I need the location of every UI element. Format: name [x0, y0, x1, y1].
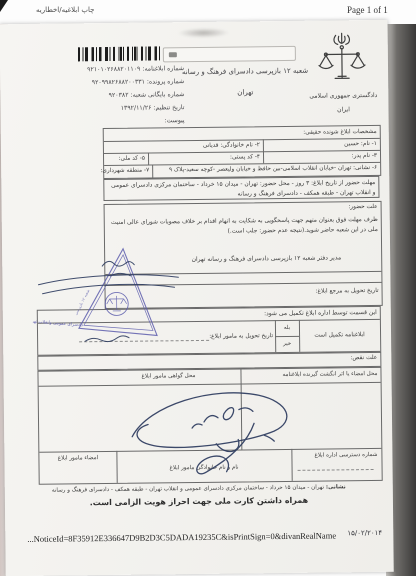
page-number: Page 1 of 1 — [347, 5, 388, 15]
scanned-document: شماره ابلاغنامه:۹۲۱۰۱۰۲۶۸۸۲۰۱۱۰۹ شماره پ… — [0, 20, 394, 576]
clerk-title: مدیر دفتر شعبه ۱۲ بازپرسی دادسرای فرهنگ … — [192, 254, 342, 263]
triangular-stamp: دادسرای عمومی وانقلاب تهران شعبه ۱۲ بازپ… — [32, 237, 183, 354]
deficiency-label: علت نقص: — [350, 355, 377, 361]
letterhead-numbers: شماره ابلاغنامه:۹۲۱۰۱۰۲۶۸۸۲۰۱۱۰۹ شماره پ… — [64, 62, 185, 128]
branch-city: تهران — [180, 88, 310, 97]
delivery-to-officer-label: تاریخ تحویل به مامور ابلاغ: — [209, 333, 273, 340]
recipient-postal-code: ۴- کد پستی: — [230, 154, 260, 160]
service-section-title: این قسمت توسط اداره ابلاغ تکمیل می شود: — [264, 308, 377, 316]
notice-url: ...NoticeId=8F35912E336647D9B2D3C5DADA19… — [27, 530, 336, 544]
footer-address-label: نشانی: — [326, 484, 346, 490]
recipient-father-name: ۳- نام پدر: — [352, 152, 377, 158]
footer-address-text: تهران - میدان ۱۵ خرداد - ساختمان مرکزی د… — [52, 485, 324, 494]
print-preview-page: چاپ ابلاغیه/اخطاریه Page 1 of 1 شماره اب… — [0, 0, 416, 576]
recipient-signature-label: محل امضاء یا اثر انگشت گیرنده ابلاغنامه — [282, 371, 377, 378]
judiciary-country: ایران — [300, 106, 386, 114]
recipient-address: ۶- نشانی: تهران -خیابان انقلاب اسلامی-بی… — [169, 165, 377, 173]
pen-scribbles — [38, 261, 179, 343]
reason-title: علت حضور: — [348, 204, 377, 210]
no-cell: خیر — [275, 336, 299, 352]
appearance-deadline: مهلت حضور از تاریخ ابلاغ: ۳ روز - محل حض… — [103, 176, 379, 201]
recipient-family-name: ۲- نام خانوادگی: قدیانی — [203, 142, 260, 149]
print-date: ۱۵/۰۲/۲۰۱۴ — [347, 529, 382, 537]
recipient-national-id: ۵- کد ملی: — [118, 155, 145, 161]
officer-certificate-label: محل گواهی مامور ابلاغ — [141, 373, 195, 380]
notice-complete-label: ابلاغنامه تکمیل است — [299, 319, 380, 352]
delivery-to-authority-label: تاریخ تحویل به مرجع ابلاغ: — [315, 288, 378, 295]
recipient-table: مشخصات ابلاغ شونده حقیقی: ۱- نام: حسین ۲… — [103, 125, 382, 179]
recipient-section-title: مشخصات ابلاغ شونده حقیقی: — [303, 128, 377, 135]
office-access-number-label: شماره دسترسی اداره ابلاغ — [314, 452, 377, 459]
justice-scales-icon — [318, 30, 367, 91]
footer-address: نشانی: تهران - میدان ۱۵ خرداد - ساختمان … — [25, 484, 373, 494]
scan-smudge-top — [178, 28, 230, 39]
id-card-notice: همراه داشتن کارت ملی جهت احراز هویت الزا… — [25, 495, 373, 508]
recipient-name: ۱- نام: حسین — [344, 140, 377, 146]
barcode-number-box — [163, 46, 296, 63]
signature-scribble — [104, 383, 310, 487]
yes-cell: بله — [275, 320, 299, 336]
barcode-box-mark — [169, 52, 177, 57]
reason-body: ظرف مهلت فوق بعنوان متهم جهت پاسخگویی به… — [108, 215, 378, 238]
barcode — [78, 46, 161, 61]
recipient-district: ۷- منطقه شهرداری: — [100, 168, 149, 175]
stamp-bottom-text: دادسرای عمومی وانقلاب تهران — [32, 319, 83, 328]
print-header-title: چاپ ابلاغیه/اخطاریه — [36, 6, 94, 14]
scan-corner-artifact — [0, 0, 8, 12]
branch-title: شعبه ۱۲ بازپرسی دادسرای فرهنگ و رسانه — [180, 67, 310, 76]
judiciary-name: دادگستری جمهوری اسلامی — [300, 92, 386, 100]
